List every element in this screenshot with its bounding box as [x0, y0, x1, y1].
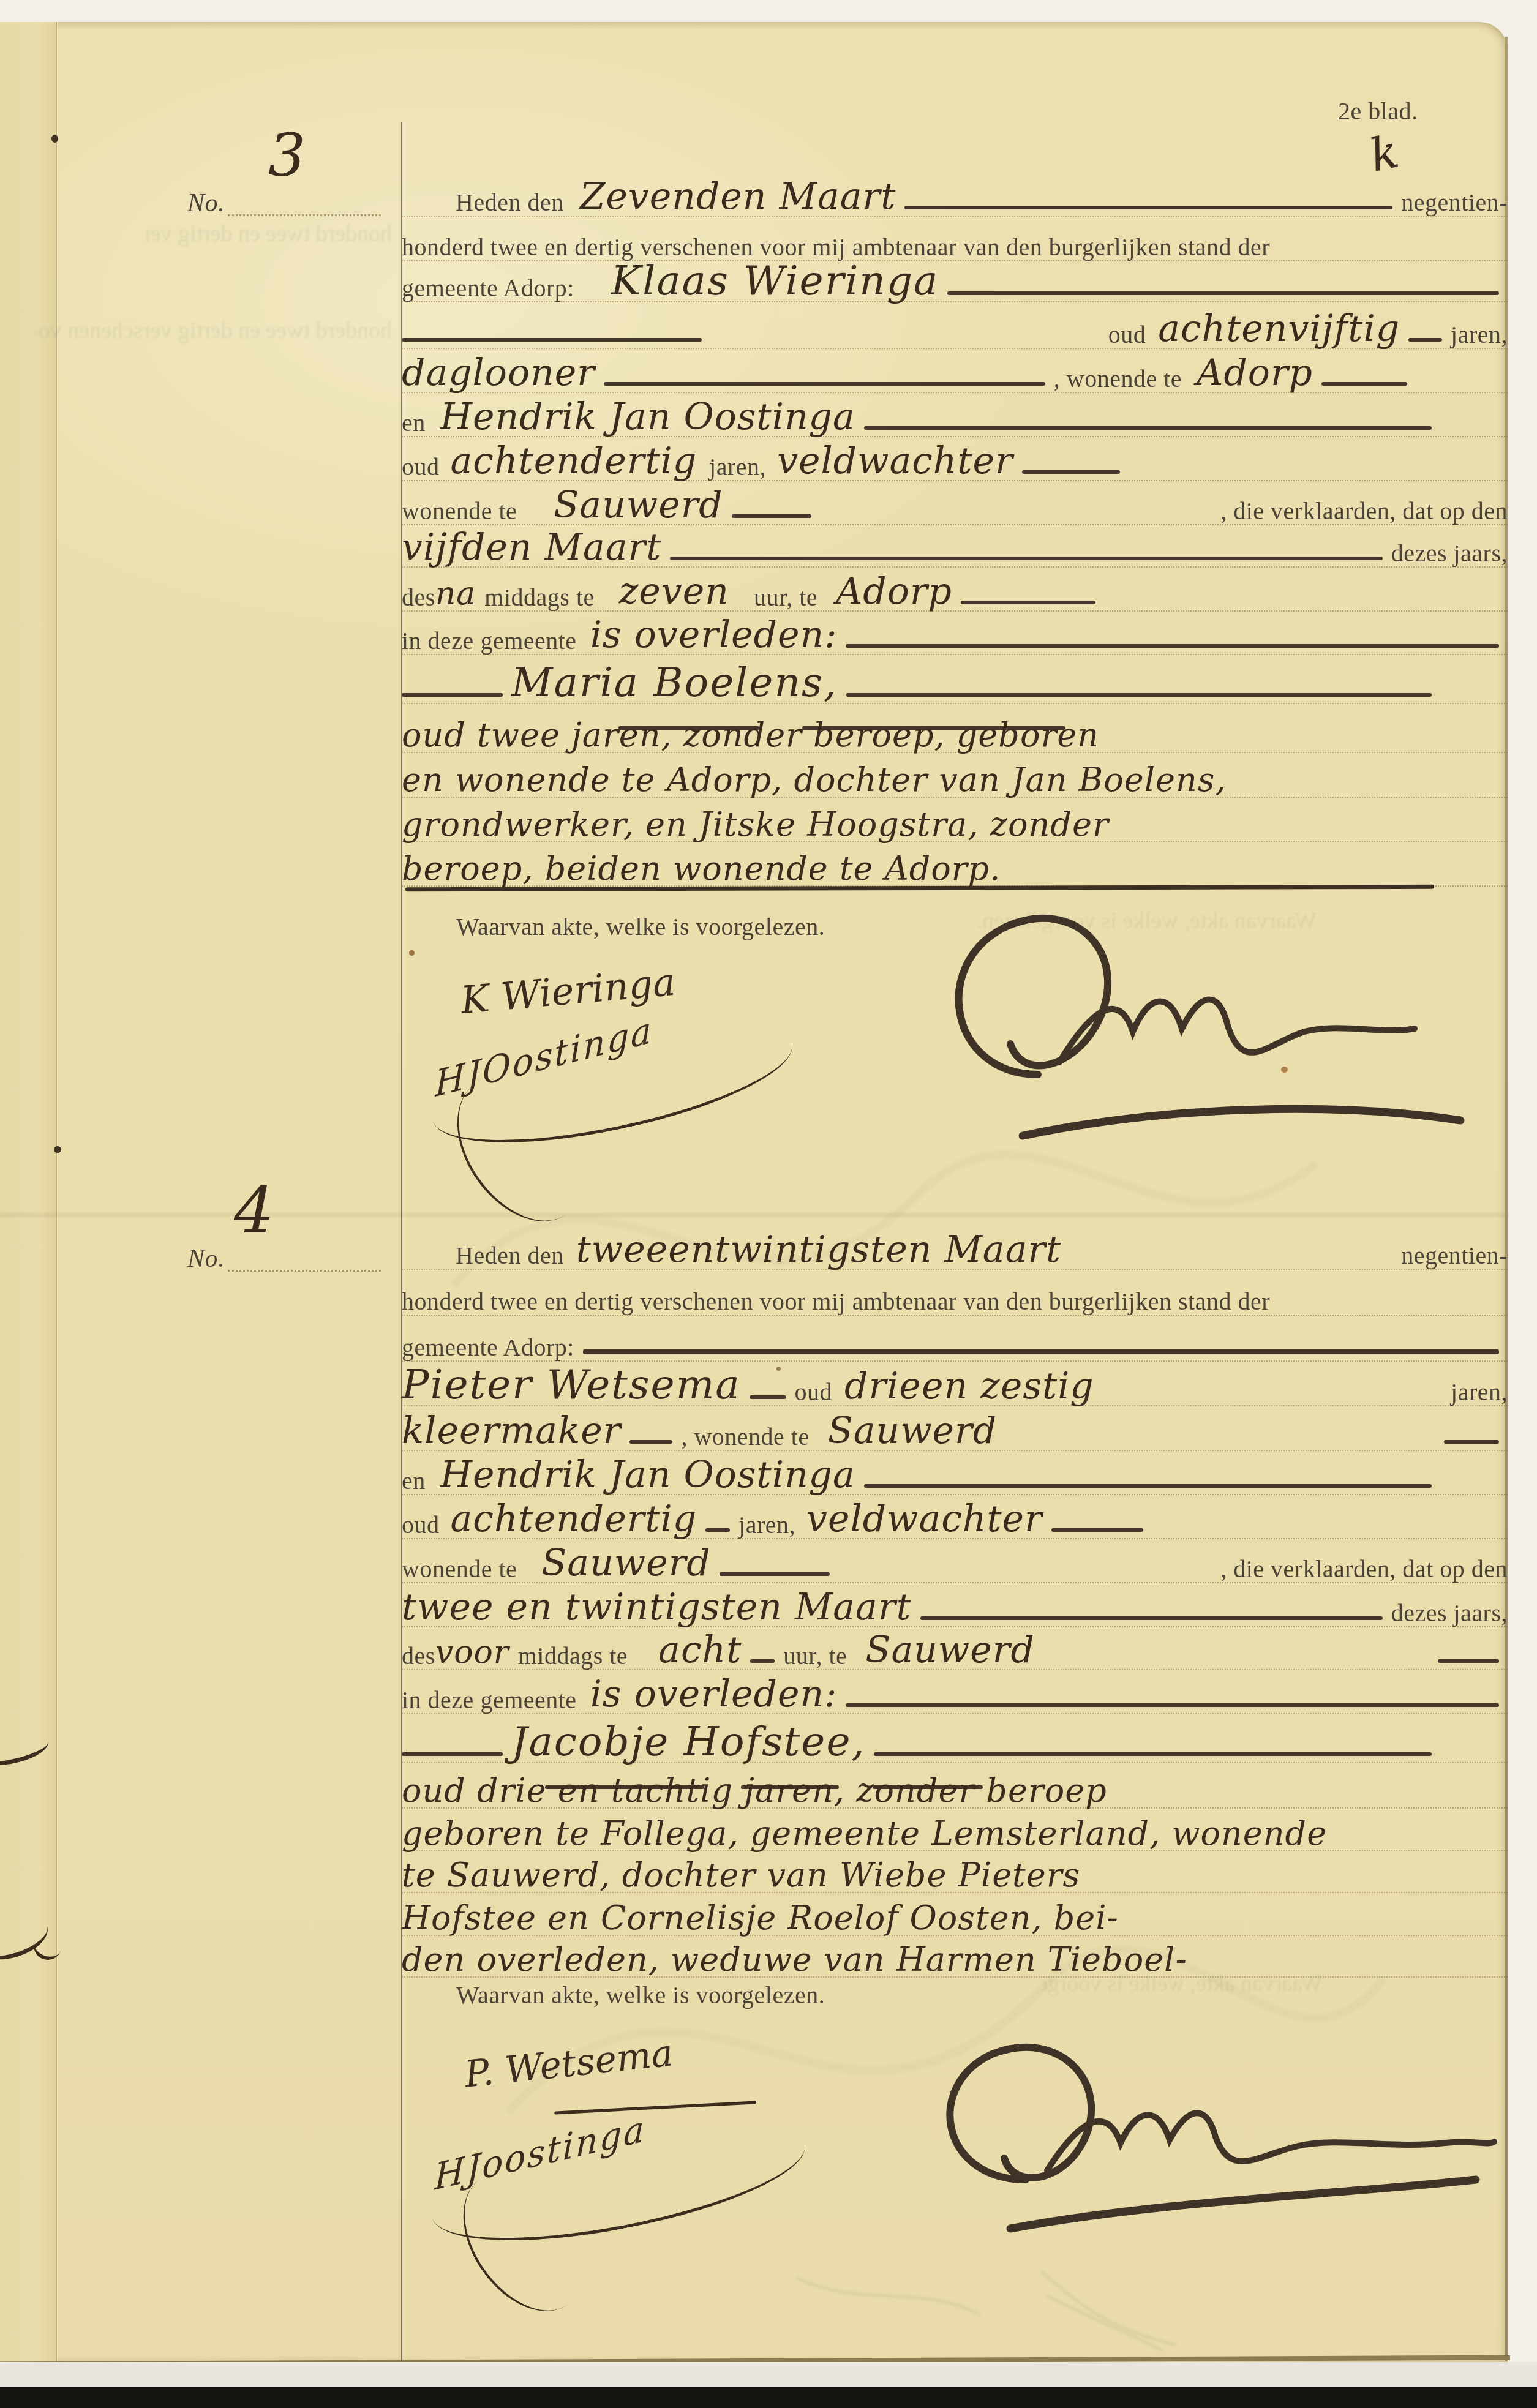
print-des: des [402, 1644, 435, 1669]
act4-no-label: No. [187, 1244, 225, 1273]
act3-no-leader [228, 214, 381, 216]
act3-declarant2-name: Hendrik Jan Oostinga [440, 399, 855, 436]
act3-deceased-details: en wonende te Adorp, dochter van Jan Boe… [402, 763, 1227, 797]
print-jaren: jaren, [1451, 1380, 1508, 1405]
act3-overleden-handwritten: is overleden: [590, 617, 838, 654]
act4-death-place: Sauwerd [865, 1632, 1034, 1669]
act3-death-date: vijfden Maart [402, 529, 661, 566]
act4-declarant2-name: Hendrik Jan Oostinga [440, 1457, 855, 1494]
print-verklaarden: , die verklaarden, dat op den [1220, 1557, 1508, 1582]
print-wonende-te: wonende te [402, 1557, 517, 1582]
print-wonende-te: , wonende te [681, 1425, 809, 1450]
act3-closing: Waarvan akte, welke is voorgelezen. [456, 912, 825, 941]
print-oud: oud [402, 455, 440, 480]
stain-speck [409, 950, 415, 956]
act4-line-deceased-name: Jacobje Hofstee, [402, 1718, 1508, 1763]
act4-number: 4 [234, 1173, 275, 1248]
act3-line-declarant2-age: oud achtendertig jaren, veldwachter [402, 441, 1508, 481]
act3-number: 3 [268, 121, 306, 190]
act3-line-declarant1-age: oud achtenvijftig jaren, [402, 309, 1508, 349]
act4-closing: Waarvan akte, welke is voorgelezen. [456, 1981, 825, 2009]
act3-line-death-date: vijfden Maart dezes jaars, [402, 527, 1508, 568]
act3-declarant1-name: Klaas Wieringa [611, 260, 939, 301]
act4-death-date: twee en twintigsten Maart [402, 1589, 912, 1626]
act4-line-death-hour: des voor middags te acht uur, te Sauwerd [402, 1630, 1508, 1670]
print-gemeente: gemeente Adorp: [402, 276, 574, 301]
act3-details-line1: oud twee jaren, zonder beroep, geboren [402, 713, 1508, 753]
bleed-through-text: honderd twee en dertig verschenen voor m… [37, 317, 392, 344]
act4-deceased-details: oud drie en tachtig jaren, zonder beroep [402, 1774, 1107, 1807]
print-jaren: jaren, [738, 1513, 795, 1538]
pencil-scribble [784, 2259, 1212, 2357]
act3-death-place: Adorp [836, 573, 952, 610]
act4-details-line1: oud drie en tachtig jaren, zonder beroep [402, 1768, 1508, 1809]
print-middags-te: middags te [518, 1644, 628, 1669]
act4-overleden-handwritten: is overleden: [590, 1676, 838, 1713]
act4-line-declarant2-age: oud achtendertig jaren, veldwachter [402, 1499, 1508, 1539]
sheet-number-label: 2e blad. [1338, 97, 1418, 126]
act4-deceased-details: te Sauwerd, dochter van Wiebe Pieters [402, 1858, 1080, 1892]
act3-deceased-details: grondwerker, en Jitske Hoogstra, zonder [402, 808, 1109, 841]
print-negentien: negentien- [1401, 1243, 1508, 1269]
scanned-death-register-page: honderd twee en dertig verschenen voor m… [0, 0, 1537, 2408]
act3-deceased-details: oud twee jaren, zonder beroep, geboren [402, 718, 1099, 752]
print-dezes-jaars: dezes jaars, [1391, 541, 1508, 566]
act3-details-line4: beroep, beiden wonende te Adorp. [402, 846, 1508, 887]
print-uur-te: uur, te [783, 1644, 847, 1669]
act4-line-declarant2-name: en Hendrik Jan Oostinga [402, 1455, 1508, 1495]
binding-fold-line [56, 22, 57, 2362]
act3-line-declarant2-res: wonende te Sauwerd , die verklaarden, da… [402, 485, 1508, 525]
act3-line-death-hour: des na middags te zeven uur, te Adorp [402, 571, 1508, 612]
act4-declarant1-age: drieen zestig [844, 1368, 1094, 1405]
act4-death-hour: acht [658, 1632, 742, 1669]
act4-details-line4: Hofstee en Cornelisje Roelof Oosten, bei… [402, 1896, 1508, 1936]
sewing-hole [51, 135, 58, 143]
act3-deceased-details: beroep, beiden wonende te Adorp. [402, 852, 1001, 885]
act4-line-death-date: twee en twintigsten Maart dezes jaars, [402, 1587, 1508, 1627]
print-middags-te: middags te [484, 585, 594, 610]
act4-details-line3: te Sauwerd, dochter van Wiebe Pieters [402, 1853, 1508, 1893]
act4-line-gemeente: gemeente Adorp: [402, 1321, 1508, 1362]
act3-details-line3: grondwerker, en Jitske Hoogstra, zonder [402, 802, 1508, 842]
print-des: des [402, 585, 435, 610]
print-en: en [402, 411, 426, 436]
act3-no-label: No. [187, 189, 225, 218]
act3-line-honderd: honderd twee en dertig verschenen voor m… [402, 221, 1508, 261]
act4-line-declarant2-res: wonende te Sauwerd , die verklaarden, da… [402, 1543, 1508, 1583]
act4-line-declarant1-occ: kleermaker , wonende te Sauwerd [402, 1411, 1508, 1451]
act4-declarant1-name: Pieter Wetsema [402, 1364, 741, 1405]
act4-line-declarant1: Pieter Wetsema oud drieen zestig jaren, [402, 1366, 1508, 1406]
act4-declarant2-age: achtendertig [451, 1501, 697, 1538]
print-oud: oud [1108, 323, 1146, 348]
bleed-through-text: honderd twee en dertig verschenen voor m… [147, 220, 392, 247]
binding-fold-strip [0, 22, 56, 2362]
print-oud: oud [795, 1380, 833, 1405]
print-jaren: jaren, [1451, 323, 1508, 348]
print-heden-den: Heden den [456, 190, 564, 216]
print-en: en [402, 1469, 426, 1494]
act3-declarant2-occupation: veldwachter [777, 443, 1013, 480]
act4-date-handwritten: tweeentwintigsten Maart [576, 1231, 1062, 1269]
act3-declarant2-residence: Sauwerd [554, 487, 723, 524]
act3-deceased-name: Maria Boelens, [511, 662, 838, 703]
act4-declarant1-occupation: kleermaker [402, 1412, 621, 1450]
act4-no-leader [228, 1270, 381, 1272]
print-wonende-te: wonende te [402, 499, 517, 524]
print-in-deze-gemeente: in deze gemeente [402, 629, 577, 654]
act4-daypart: voor [435, 1637, 509, 1669]
print-negentien: negentien- [1401, 190, 1508, 216]
print-heden-den: Heden den [456, 1243, 564, 1269]
act3-declarant2-age: achtendertig [451, 443, 697, 480]
print-honderd-line: honderd twee en dertig verschenen voor m… [402, 1289, 1270, 1315]
act4-deceased-details: Hofstee en Cornelisje Roelof Oosten, bei… [402, 1901, 1119, 1935]
act4-deceased-details: den overleden, weduwe van Harmen Tieboel… [402, 1943, 1187, 1976]
act3-daypart: na [435, 578, 476, 610]
act4-declarant2-occupation: veldwachter [806, 1501, 1043, 1538]
act3-date-handwritten: Zevenden Maart [580, 178, 896, 216]
act3-line-overleden: in deze gemeente is overleden: [402, 615, 1508, 655]
print-uur-te: uur, te [754, 585, 817, 610]
act4-line-overleden: in deze gemeente is overleden: [402, 1674, 1508, 1714]
act3-line-declarant1-occ: daglooner , wonende te Adorp [402, 353, 1508, 393]
act3-line-deceased-name: Maria Boelens, [402, 659, 1508, 704]
act4-line-date: Heden den tweeentwintigsten Maart negent… [402, 1229, 1508, 1270]
print-in-deze-gemeente: in deze gemeente [402, 1688, 577, 1713]
act3-death-hour: zeven [619, 573, 729, 610]
act3-line-declarant1-name: gemeente Adorp: Klaas Wieringa [402, 262, 1508, 302]
act4-details-line5: den overleden, weduwe van Harmen Tieboel… [402, 1937, 1508, 1978]
print-jaren: jaren, [709, 455, 766, 480]
act4-signature-official [870, 2033, 1506, 2241]
act4-declarant1-residence: Sauwerd [828, 1412, 997, 1450]
act3-line-declarant2-name: en Hendrik Jan Oostinga [402, 397, 1508, 437]
print-oud: oud [402, 1513, 440, 1538]
print-dezes-jaars: dezes jaars, [1391, 1601, 1508, 1626]
act3-details-line2: en wonende te Adorp, dochter van Jan Boe… [402, 757, 1508, 798]
act4-deceased-name: Jacobje Hofstee, [511, 1721, 865, 1762]
act4-details-line2: geboren te Follega, gemeente Lemsterland… [402, 1811, 1508, 1851]
act4-line-honderd: honderd twee en dertig verschenen voor m… [402, 1275, 1508, 1316]
act4-deceased-details: geboren te Follega, gemeente Lemsterland… [402, 1817, 1327, 1850]
act3-declarant1-age: achtenvijftig [1158, 310, 1400, 348]
act3-line-date: Heden den Zevenden Maart negentien- [402, 176, 1508, 217]
print-honderd-line: honderd twee en dertig verschenen voor m… [402, 235, 1270, 260]
act4-declarant2-residence: Sauwerd [541, 1545, 710, 1582]
sewing-hole [54, 1146, 61, 1153]
print-wonende-te: , wonende te [1054, 367, 1182, 392]
act3-signature-official [876, 891, 1482, 1154]
print-verklaarden: , die verklaarden, dat op den [1220, 499, 1508, 524]
act3-declarant1-residence: Adorp [1197, 354, 1313, 392]
print-gemeente: gemeente Adorp: [402, 1335, 574, 1360]
act3-declarant1-occupation: daglooner [402, 354, 595, 392]
scanner-bed-edge [0, 2387, 1537, 2408]
